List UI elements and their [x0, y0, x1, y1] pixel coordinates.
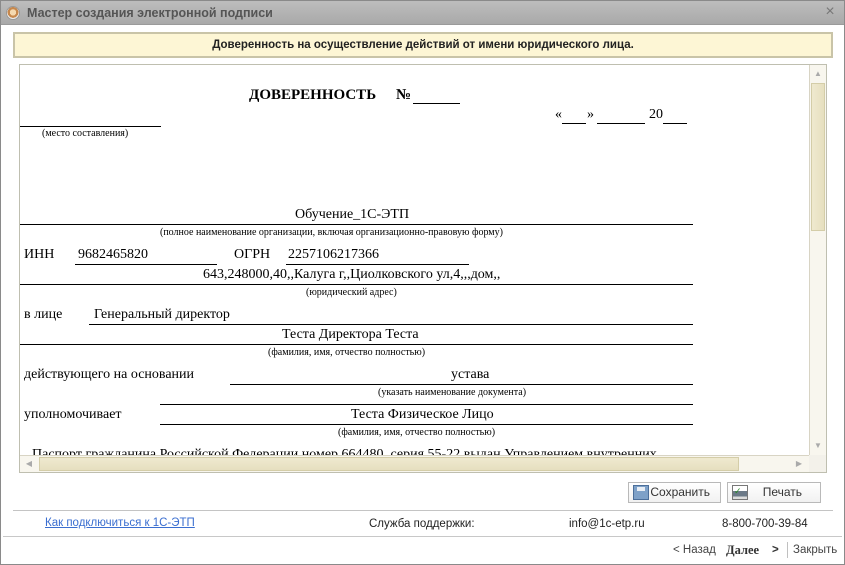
- footer-divider: [13, 510, 833, 511]
- person-label: в лице: [24, 307, 62, 323]
- basis-caption: (указать наименование документа): [378, 387, 526, 398]
- app-icon: [6, 6, 20, 20]
- horizontal-scrollbar[interactable]: ◀ ▶: [20, 455, 809, 472]
- place-blank: [20, 126, 161, 127]
- authorizes-label: уполномочивает: [24, 407, 122, 423]
- save-button-label: Сохранить: [650, 483, 710, 502]
- next-arrow[interactable]: >: [772, 544, 779, 556]
- wizard-window: Мастер создания электронной подписи × До…: [0, 0, 845, 565]
- close-icon[interactable]: ×: [822, 4, 838, 20]
- month-blank: [597, 123, 645, 124]
- nav-divider-line: [3, 536, 842, 537]
- legal-address: 643,248000,40,,Калуга г,,Циолковского ул…: [203, 267, 500, 283]
- vertical-scroll-thumb[interactable]: [811, 83, 825, 231]
- position-value: Генеральный директор: [94, 307, 230, 323]
- save-button[interactable]: Сохранить: [628, 482, 721, 503]
- support-phone: 8-800-700-39-84: [722, 518, 808, 530]
- basis-label: действующего на основании: [24, 367, 194, 383]
- director-name: Теста Директора Теста: [282, 327, 419, 343]
- year-prefix: 20: [649, 107, 663, 123]
- year-blank: [663, 123, 687, 124]
- close-button[interactable]: Закрыть: [793, 544, 837, 556]
- agent-caption: (фамилия, имя, отчество полностью): [338, 427, 495, 438]
- support-label: Служба поддержки:: [369, 518, 475, 530]
- basis-value: устава: [451, 367, 489, 383]
- ogrn-label: ОГРН: [234, 247, 270, 263]
- step-banner: Доверенность на осуществление действий о…: [13, 32, 833, 58]
- agent-name: Теста Физическое Лицо: [351, 407, 494, 423]
- horizontal-scroll-thumb[interactable]: [39, 457, 739, 471]
- print-button-label: Печать: [763, 483, 802, 502]
- document-preview[interactable]: ДОВЕРЕННОСТЬ № « » 20 (место составления…: [19, 64, 827, 473]
- basis-line: [230, 384, 693, 385]
- help-link[interactable]: Как подключиться к 1С-ЭТП: [45, 517, 195, 529]
- scroll-down-icon[interactable]: ▼: [810, 437, 826, 455]
- agent-top-line: [160, 404, 693, 405]
- floppy-disk-icon: [633, 485, 649, 500]
- ogrn-line: [286, 264, 469, 265]
- support-email: info@1c-etp.ru: [569, 518, 645, 530]
- place-caption: (место составления): [42, 128, 128, 139]
- org-caption: (полное наименование организации, включа…: [160, 227, 503, 238]
- director-line: [20, 344, 693, 345]
- inn-value: 9682465820: [78, 247, 148, 263]
- scroll-right-icon[interactable]: ▶: [790, 456, 808, 472]
- title-bar: Мастер создания электронной подписи ×: [1, 1, 844, 25]
- number-label: №: [396, 87, 411, 104]
- print-button[interactable]: Печать: [727, 482, 821, 503]
- nav-separator: [787, 542, 788, 558]
- window-title: Мастер создания электронной подписи: [27, 6, 273, 20]
- document-heading: ДОВЕРЕННОСТЬ: [249, 87, 376, 104]
- vertical-scrollbar[interactable]: ▲ ▼: [809, 65, 826, 457]
- org-name: Обучение_1С-ЭТП: [295, 207, 409, 223]
- scroll-corner: [809, 455, 826, 472]
- address-caption: (юридический адрес): [306, 287, 397, 298]
- day-blank: [562, 123, 586, 124]
- scroll-left-icon[interactable]: ◀: [20, 456, 38, 472]
- back-button[interactable]: < Назад: [673, 544, 716, 556]
- inn-line: [75, 264, 217, 265]
- date-open-quote: «: [555, 107, 562, 123]
- power-of-attorney-document: ДОВЕРЕННОСТЬ № « » 20 (место составления…: [20, 65, 809, 457]
- scroll-up-icon[interactable]: ▲: [810, 65, 826, 83]
- date-close-quote: »: [587, 107, 594, 123]
- org-name-line: [20, 224, 693, 225]
- inn-label: ИНН: [24, 247, 54, 263]
- address-line: [20, 284, 693, 285]
- position-line: [89, 324, 693, 325]
- director-caption: (фамилия, имя, отчество полностью): [268, 347, 425, 358]
- printer-icon: [732, 485, 748, 500]
- agent-line: [160, 424, 693, 425]
- number-blank: [413, 103, 460, 104]
- ogrn-value: 2257106217366: [288, 247, 379, 263]
- next-button[interactable]: Далее: [726, 543, 759, 558]
